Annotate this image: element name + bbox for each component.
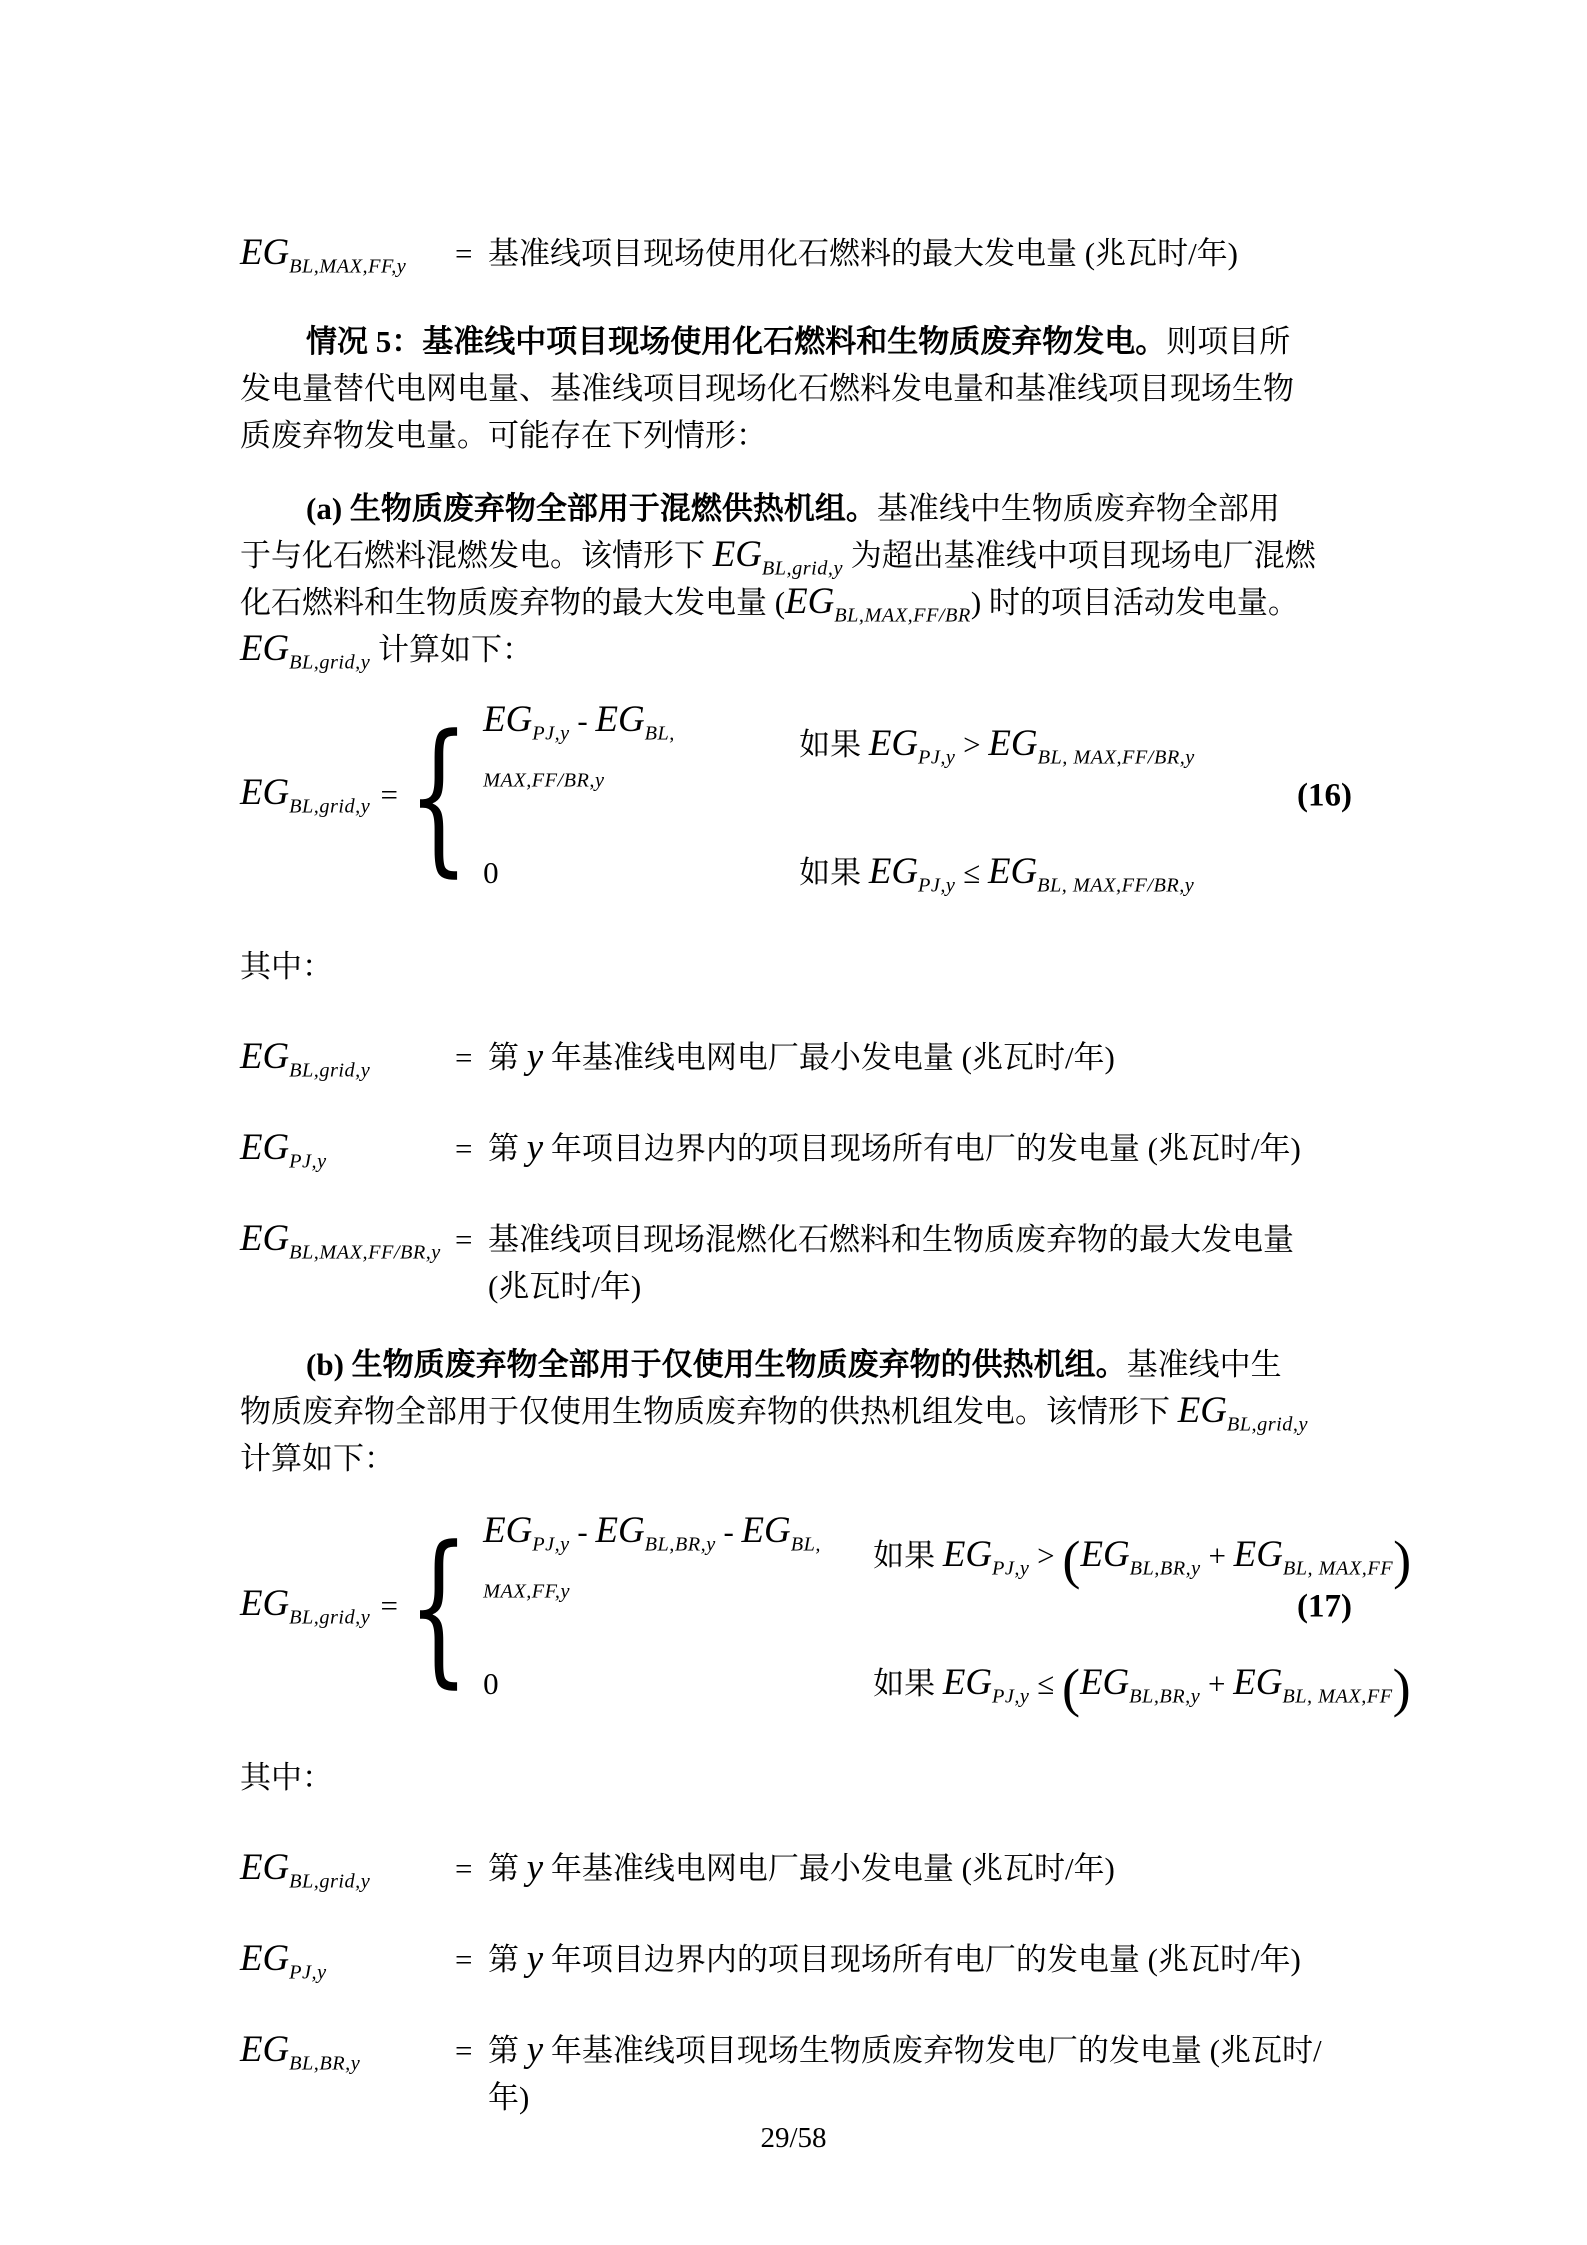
text-run: > — [955, 727, 988, 762]
subscript: PJ,y — [289, 1961, 326, 1983]
case-expression: 0 — [483, 1660, 873, 1707]
math-term: EGBL,grid,y — [1178, 1389, 1308, 1430]
equation-16: EGBL,grid,y = { EGPJ,y - EGBL, MAX,FF/BR… — [240, 695, 1332, 896]
text-run: (b) — [306, 1347, 352, 1382]
subscript: PJ,y — [289, 1150, 326, 1172]
text-run: 年项目边界内的项目现场所有电厂的发电量 (兆瓦时/年) — [543, 1131, 1301, 1166]
text-line: (b) 生物质废弃物全部用于仅使用生物质废弃物的供热机组。基准线中生 — [240, 1341, 1332, 1388]
subscript: BL,MAX,FF/BR — [834, 604, 971, 626]
text-run: 计算如下： — [240, 1441, 395, 1476]
where-definitions-2: EGBL,grid,y = 第 y 年基准线电网电厂最小发电量 (兆瓦时/年) … — [240, 1845, 1332, 2121]
text-run: 如果 — [799, 727, 869, 762]
text-run: 0 — [483, 855, 499, 890]
equation-17-lhs: EGBL,grid,y = — [240, 1585, 408, 1628]
math-term: EGPJ,y — [483, 1509, 570, 1550]
variable-description: 基准线项目现场混燃化石燃料和生物质废弃物的最大发电量(兆瓦时/年) — [488, 1216, 1332, 1310]
text-line: 于与化石燃料混燃发电。该情形下 EGBL,grid,y 为超出基准线中项目现场电… — [240, 532, 1332, 579]
variable-definition-row: EGBL,grid,y = 第 y 年基准线电网电厂最小发电量 (兆瓦时/年) — [240, 1034, 1332, 1081]
text-line: 发电量替代电网电量、基准线项目现场化石燃料发电量和基准线项目现场生物 — [240, 365, 1332, 412]
subscript: BL,grid,y — [1227, 1413, 1308, 1435]
math-term: EGBL,grid,y — [240, 627, 370, 668]
text-line: (兆瓦时/年) — [488, 1263, 1332, 1310]
equation-17-cases: EGPJ,y - EGBL,BR,y - EGBL, MAX,FF,y 如果 E… — [483, 1506, 1411, 1707]
text-line: 第 y 年项目边界内的项目现场所有电厂的发电量 (兆瓦时/年) — [488, 1125, 1332, 1172]
variable-description: 第 y 年基准线电网电厂最小发电量 (兆瓦时/年) — [488, 1034, 1332, 1081]
equation-16-lhs-term: EGBL,grid,y — [240, 774, 370, 817]
text-run: 基准线项目现场混燃化石燃料和生物质废弃物的最大发电量 — [488, 1222, 1294, 1257]
equals-sign: = — [455, 1845, 488, 1892]
math-term: EGBL,grid,y — [240, 1846, 370, 1887]
text-run: 情况 5：基准线中项目现场使用化石燃料和生物质废弃物发电。 — [306, 324, 1166, 359]
equation-17: EGBL,grid,y = { EGPJ,y - EGBL,BR,y - EGB… — [240, 1506, 1332, 1707]
math-term: EGPJ,y — [869, 722, 956, 763]
text-run: 第 — [488, 1942, 527, 1977]
variable-definition-row: EGBL,BR,y = 第 y 年基准线项目现场生物质废弃物发电厂的发电量 (兆… — [240, 2027, 1332, 2121]
variable-description: 第 y 年项目边界内的项目现场所有电厂的发电量 (兆瓦时/年) — [488, 1125, 1332, 1172]
text-run: 于与化石燃料混燃发电。该情形下 — [240, 538, 713, 573]
text-line: 计算如下： — [240, 1435, 1332, 1482]
case-condition: 如果 EGPJ,y > EGBL, MAX,FF/BR,y — [799, 721, 1195, 768]
variable-term: EGBL,MAX,FF/BR,y — [240, 1216, 455, 1263]
text-run: 年基准线项目现场生物质废弃物发电厂的发电量 (兆瓦时/ — [543, 2033, 1321, 2068]
text-run: > — [1029, 1538, 1062, 1573]
equals-sign: = — [455, 1216, 488, 1263]
subscript: BL,grid,y — [289, 651, 370, 673]
equation-17-lhs-term: EGBL,grid,y — [240, 1585, 370, 1628]
variable-term: EGPJ,y — [240, 1125, 455, 1172]
subscript: BL, MAX,FF/BR,y — [1037, 874, 1194, 896]
text-run: 如果 — [873, 1666, 943, 1701]
text-line: EGBL,grid,y 计算如下： — [240, 626, 1332, 673]
text-run: 则项目所 — [1166, 324, 1290, 359]
math-term: EGPJ,y — [240, 1937, 327, 1978]
variable-definition-row: EGPJ,y = 第 y 年项目边界内的项目现场所有电厂的发电量 (兆瓦时/年) — [240, 1936, 1332, 1983]
variable-description: 第 y 年基准线项目现场生物质废弃物发电厂的发电量 (兆瓦时/年) — [488, 2027, 1332, 2121]
text-line: 化石燃料和生物质废弃物的最大发电量 (EGBL,MAX,FF/BR) 时的项目活… — [240, 579, 1332, 626]
variable-term: EGBL,grid,y — [240, 1845, 455, 1892]
text-run: 年) — [488, 2080, 529, 2115]
subscript: BL,BR,y — [1129, 1685, 1200, 1707]
case-expression: EGPJ,y - EGBL, MAX,FF/BR,y — [483, 697, 799, 791]
subscript: PJ,y — [918, 874, 955, 896]
variable-definition-row: EGBL,MAX,FF/BR,y = 基准线项目现场混燃化石燃料和生物质废弃物的… — [240, 1216, 1332, 1310]
equals-sign: = — [381, 1588, 398, 1624]
text-run: ( — [1062, 1658, 1080, 1718]
text-run: 基准线中生 — [1127, 1347, 1282, 1382]
equation-16-cases: EGPJ,y - EGBL, MAX,FF/BR,y 如果 EGPJ,y > E… — [483, 695, 1332, 896]
text-run: 第 — [488, 1040, 527, 1075]
subscript: BL,BR,y — [1130, 1557, 1201, 1579]
case-expression: EGPJ,y - EGBL,BR,y - EGBL, MAX,FF,y — [483, 1508, 873, 1602]
where-label: 其中： — [240, 1754, 1332, 1801]
math-term: EGBL,BR,y — [1080, 1661, 1200, 1702]
subscript: PJ,y — [992, 1685, 1029, 1707]
text-run: (兆瓦时/年) — [488, 1269, 641, 1304]
text-run: 0 — [483, 1666, 499, 1701]
subscript: BL,BR,y — [289, 2052, 360, 2074]
equals-sign: = — [455, 1125, 488, 1172]
variable-definition-row: EGBL,grid,y = 第 y 年基准线电网电厂最小发电量 (兆瓦时/年) — [240, 1845, 1332, 1892]
equals-sign: = — [455, 2027, 488, 2074]
text-run: 第 — [488, 1131, 527, 1166]
text-run: 年项目边界内的项目现场所有电厂的发电量 (兆瓦时/年) — [543, 1942, 1301, 1977]
math-term: EGBL,grid,y — [240, 1035, 370, 1076]
equals-sign: = — [381, 777, 398, 813]
math-term: y — [527, 1846, 543, 1887]
variable-term: EGBL,MAX,FF,y — [240, 230, 455, 277]
text-line: 物质废弃物全部用于仅使用生物质废弃物的供热机组发电。该情形下 EGBL,grid… — [240, 1388, 1332, 1435]
subscript: BL, MAX,FF — [1282, 1685, 1392, 1707]
subscript: BL,grid,y — [289, 1607, 370, 1629]
math-term: EGBL, MAX,FF — [1234, 1533, 1393, 1574]
where-label: 其中： — [240, 943, 1332, 990]
math-term: EGBL,MAX,FF/BR,y — [240, 1217, 441, 1258]
text-run: 如果 — [873, 1538, 943, 1573]
variable-term: EGPJ,y — [240, 1936, 455, 1983]
equation-16-case-2: 0 如果 EGPJ,y ≤ EGBL, MAX,FF/BR,y — [483, 849, 1332, 896]
top-definition-section: EGBL,MAX,FF,y = 基准线项目现场使用化石燃料的最大发电量 (兆瓦时… — [240, 0, 1332, 277]
subscript: BL,grid,y — [289, 1870, 370, 1892]
text-line: 情况 5：基准线中项目现场使用化石燃料和生物质废弃物发电。则项目所 — [240, 318, 1332, 365]
text-run: 年基准线电网电厂最小发电量 (兆瓦时/年) — [543, 1040, 1115, 1075]
math-term: y — [527, 2028, 543, 2069]
math-term: EGBL,grid,y — [240, 1582, 370, 1623]
text-run: 第 — [488, 1851, 527, 1886]
text-run: 计算如下： — [370, 632, 533, 667]
subscript: BL, MAX,FF — [1283, 1557, 1393, 1579]
math-term: EGBL, MAX,FF — [1233, 1661, 1392, 1702]
variable-description: 基准线项目现场使用化石燃料的最大发电量 (兆瓦时/年) — [488, 230, 1332, 277]
text-run: 质废弃物发电量。可能存在下列情形： — [240, 418, 767, 453]
equation-16-lhs: EGBL,grid,y = — [240, 774, 408, 817]
text-run: 生物质废弃物全部用于混燃供热机组。 — [350, 491, 877, 526]
subscript: BL,BR,y — [645, 1533, 716, 1555]
subscript: PJ,y — [532, 722, 569, 744]
text-line: 第 y 年项目边界内的项目现场所有电厂的发电量 (兆瓦时/年) — [488, 1936, 1332, 1983]
equation-17-case-2: 0 如果 EGPJ,y ≤ (EGBL,BR,y + EGBL, MAX,FF) — [483, 1660, 1411, 1707]
case-expression: 0 — [483, 849, 799, 896]
text-run: 如果 — [799, 855, 869, 890]
text-line: 第 y 年基准线项目现场生物质废弃物发电厂的发电量 (兆瓦时/ — [488, 2027, 1332, 2074]
variable-term: EGBL,grid,y — [240, 1034, 455, 1081]
math-term: EGBL,BR,y — [1080, 1533, 1200, 1574]
text-run: - — [570, 1514, 596, 1549]
text-run: ) 时的项目活动发电量。 — [971, 585, 1299, 620]
text-run: 发电量替代电网电量、基准线项目现场化石燃料发电量和基准线项目现场生物 — [240, 371, 1294, 406]
subscript: BL,MAX,FF/BR,y — [289, 1241, 441, 1263]
subscript: BL,grid,y — [762, 557, 843, 579]
math-term: EGPJ,y — [240, 1126, 327, 1167]
equation-number: (16) — [1297, 777, 1352, 814]
text-run: ) — [1393, 1529, 1411, 1589]
variable-definition-row: EGPJ,y = 第 y 年项目边界内的项目现场所有电厂的发电量 (兆瓦时/年) — [240, 1125, 1332, 1172]
text-run: 第 — [488, 2033, 527, 2068]
text-run: + — [1201, 1538, 1234, 1573]
page-number: 29/58 — [0, 2121, 1587, 2155]
math-term: EGBL, MAX,FF/BR,y — [988, 850, 1194, 891]
text-run: + — [1200, 1666, 1233, 1701]
variable-term: EGBL,BR,y — [240, 2027, 455, 2074]
math-term: EGPJ,y — [943, 1661, 1030, 1702]
case-brace: { — [408, 713, 469, 878]
math-term: EGBL,grid,y — [240, 771, 370, 812]
subscript: BL,grid,y — [289, 1059, 370, 1081]
case-condition: 如果 EGPJ,y > (EGBL,BR,y + EGBL, MAX,FF) — [873, 1532, 1411, 1579]
math-term: EGBL,grid,y — [713, 533, 843, 574]
math-term: EGPJ,y — [483, 698, 570, 739]
text-line: 年) — [488, 2074, 1332, 2121]
text-run: - — [716, 1514, 742, 1549]
text-run: 物质废弃物全部用于仅使用生物质废弃物的供热机组发电。该情形下 — [240, 1394, 1178, 1429]
subscript: BL,MAX,FF,y — [289, 255, 406, 277]
paragraph-case-a: (a) 生物质废弃物全部用于混燃供热机组。基准线中生物质废弃物全部用于与化石燃料… — [240, 485, 1332, 673]
subscript: PJ,y — [532, 1533, 569, 1555]
equals-sign: = — [455, 1034, 488, 1081]
case-condition: 如果 EGPJ,y ≤ (EGBL,BR,y + EGBL, MAX,FF) — [873, 1660, 1411, 1707]
equation-17-case-1: EGPJ,y - EGBL,BR,y - EGBL, MAX,FF,y 如果 E… — [483, 1508, 1411, 1602]
equals-sign: = — [455, 1936, 488, 1983]
text-line: 基准线项目现场使用化石燃料的最大发电量 (兆瓦时/年) — [488, 230, 1332, 277]
subscript: PJ,y — [992, 1557, 1029, 1579]
case-brace: { — [408, 1524, 469, 1689]
text-run: ( — [1062, 1529, 1080, 1589]
variable-definition-row: EGBL,MAX,FF,y = 基准线项目现场使用化石燃料的最大发电量 (兆瓦时… — [240, 230, 1332, 277]
text-run: ≤ — [955, 855, 988, 890]
text-run: 化石燃料和生物质废弃物的最大发电量 ( — [240, 585, 785, 620]
subscript: BL,grid,y — [289, 796, 370, 818]
math-term: y — [527, 1937, 543, 1978]
math-term: y — [527, 1035, 543, 1076]
text-run: - — [570, 703, 596, 738]
math-term: EGBL,MAX,FF/BR — [785, 580, 971, 621]
math-term: EGBL, MAX,FF/BR,y — [988, 722, 1194, 763]
text-run: 年基准线电网电厂最小发电量 (兆瓦时/年) — [543, 1851, 1115, 1886]
text-line: 第 y 年基准线电网电厂最小发电量 (兆瓦时/年) — [488, 1845, 1332, 1892]
text-run: ) — [1393, 1658, 1411, 1718]
text-line: 质废弃物发电量。可能存在下列情形： — [240, 412, 1332, 459]
where-definitions-1: EGBL,grid,y = 第 y 年基准线电网电厂最小发电量 (兆瓦时/年) … — [240, 1034, 1332, 1310]
text-run: 生物质废弃物全部用于仅使用生物质废弃物的供热机组。 — [352, 1347, 1127, 1382]
subscript: BL, MAX,FF/BR,y — [1038, 746, 1195, 768]
text-line: 第 y 年基准线电网电厂最小发电量 (兆瓦时/年) — [488, 1034, 1332, 1081]
text-line: (a) 生物质废弃物全部用于混燃供热机组。基准线中生物质废弃物全部用 — [240, 485, 1332, 532]
text-run: ≤ — [1029, 1666, 1062, 1701]
text-run: 为超出基准线中项目现场电厂混燃 — [843, 538, 1316, 573]
text-run: (a) — [306, 491, 350, 526]
paragraph-case-b: (b) 生物质废弃物全部用于仅使用生物质废弃物的供热机组。基准线中生物质废弃物全… — [240, 1341, 1332, 1482]
variable-description: 第 y 年项目边界内的项目现场所有电厂的发电量 (兆瓦时/年) — [488, 1936, 1332, 1983]
math-term: EGBL,BR,y — [240, 2028, 360, 2069]
page-content: EGBL,MAX,FF,y = 基准线项目现场使用化石燃料的最大发电量 (兆瓦时… — [240, 0, 1332, 2121]
subscript: PJ,y — [918, 746, 955, 768]
math-term: EGBL,BR,y — [596, 1509, 716, 1550]
equals-sign: = — [455, 230, 488, 277]
math-term: EGPJ,y — [869, 850, 956, 891]
math-term: y — [527, 1126, 543, 1167]
text-run: 基准线项目现场使用化石燃料的最大发电量 (兆瓦时/年) — [488, 236, 1238, 271]
paragraph-case-5: 情况 5：基准线中项目现场使用化石燃料和生物质废弃物发电。则项目所发电量替代电网… — [240, 318, 1332, 459]
case-condition: 如果 EGPJ,y ≤ EGBL, MAX,FF/BR,y — [799, 849, 1194, 896]
math-term: EGPJ,y — [943, 1533, 1030, 1574]
text-run: 基准线中生物质废弃物全部用 — [877, 491, 1280, 526]
document-page: EGBL,MAX,FF,y = 基准线项目现场使用化石燃料的最大发电量 (兆瓦时… — [0, 0, 1587, 2245]
equation-number: (17) — [1297, 1588, 1352, 1625]
text-line: 基准线项目现场混燃化石燃料和生物质废弃物的最大发电量 — [488, 1216, 1332, 1263]
equation-16-case-1: EGPJ,y - EGBL, MAX,FF/BR,y 如果 EGPJ,y > E… — [483, 697, 1332, 791]
variable-description: 第 y 年基准线电网电厂最小发电量 (兆瓦时/年) — [488, 1845, 1332, 1892]
math-term: EGBL,MAX,FF,y — [240, 231, 406, 272]
